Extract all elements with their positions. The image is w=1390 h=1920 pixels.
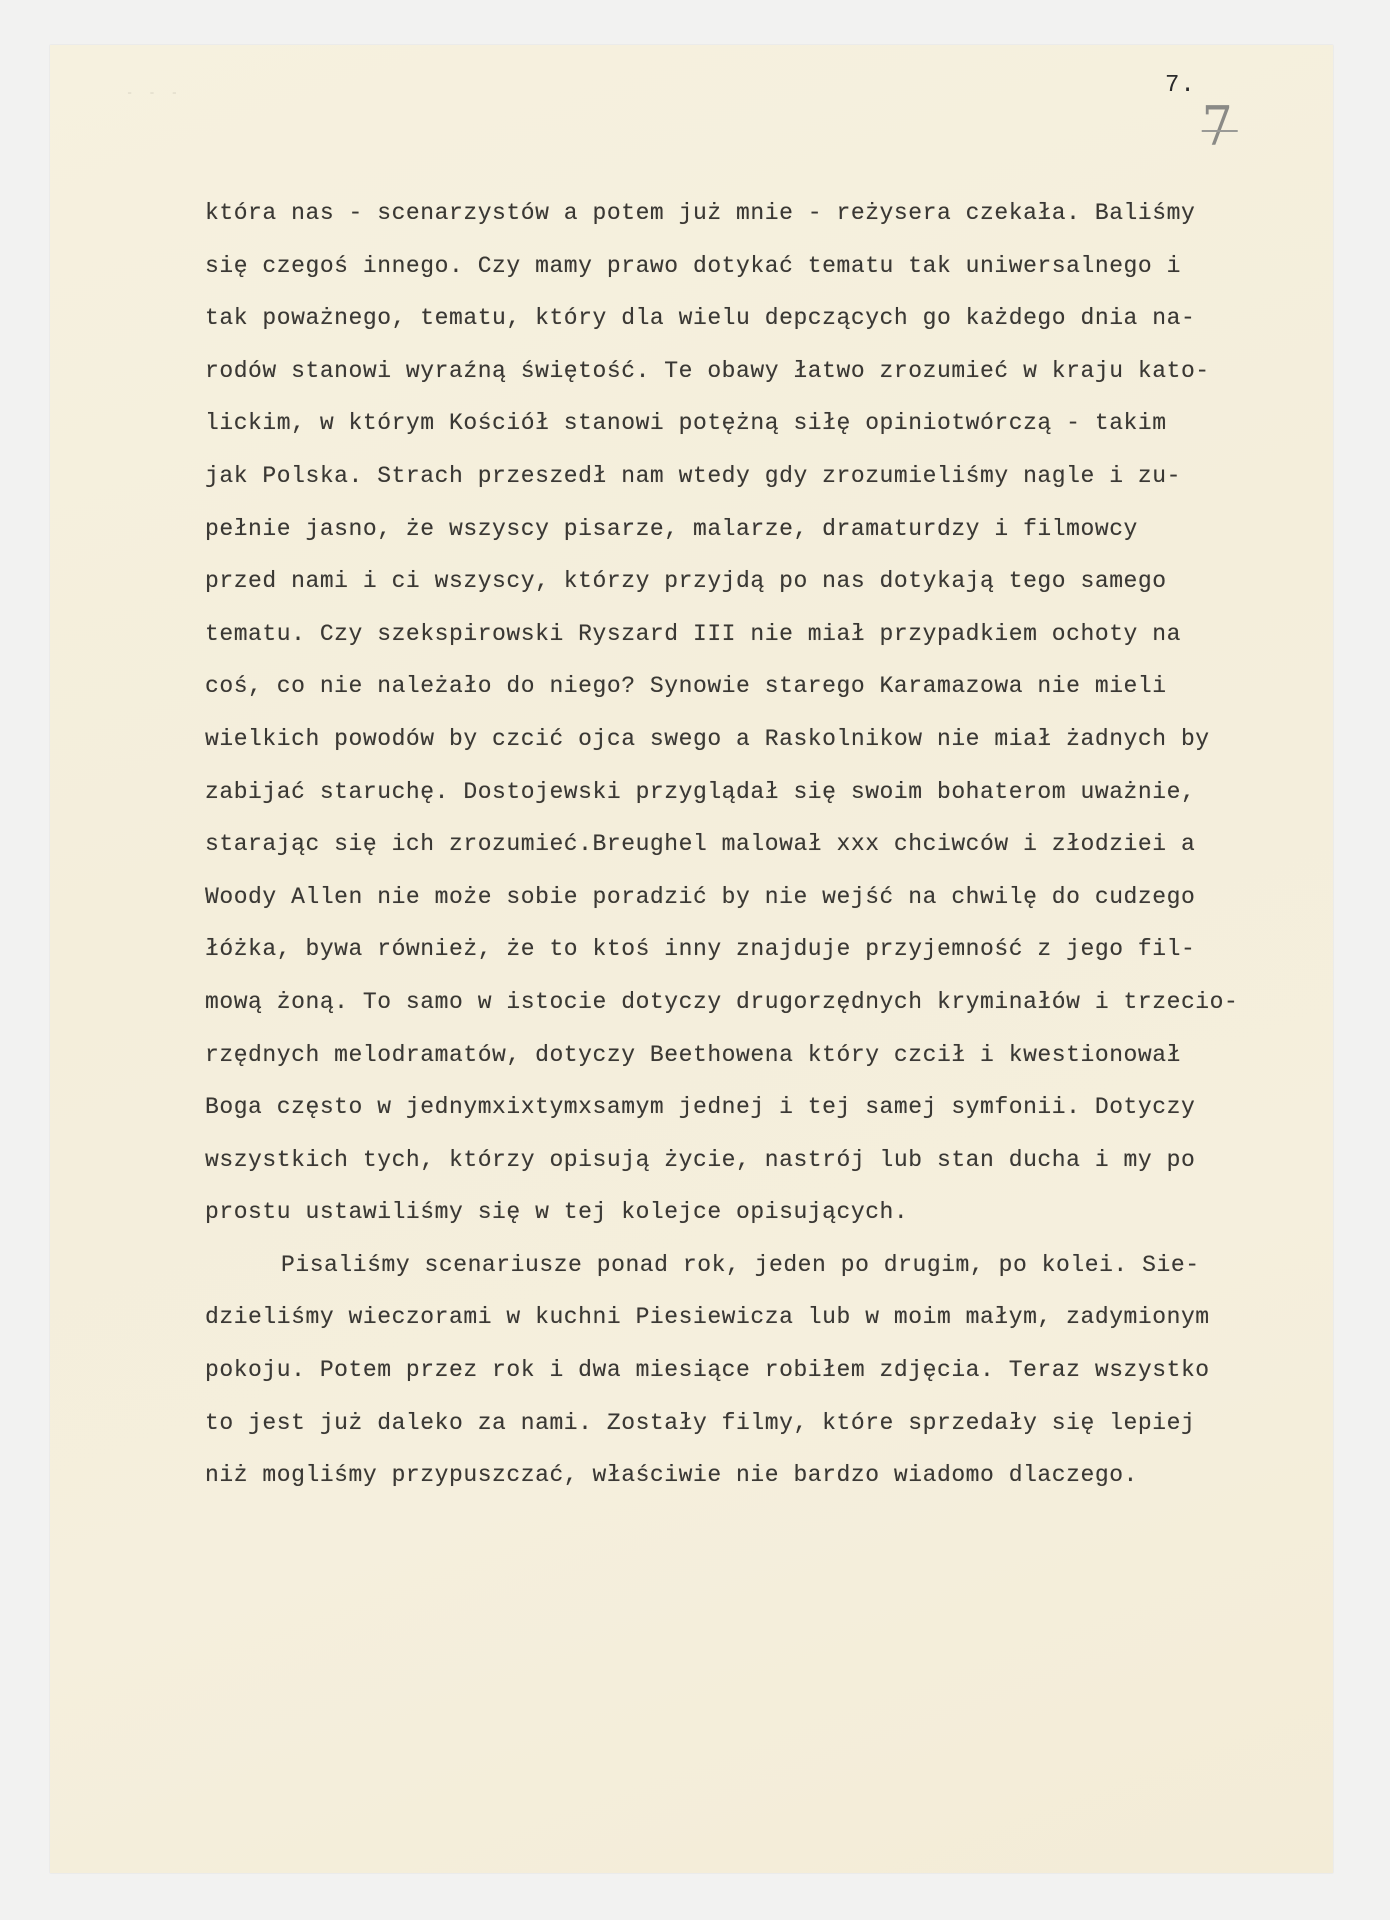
text-line: zabijać staruchę. Dostojewski przyglądał…: [205, 774, 1335, 827]
text-line: jak Polska. Strach przeszedł nam wtedy g…: [205, 458, 1335, 511]
text-line: dzieliśmy wieczorami w kuchni Piesiewicz…: [205, 1299, 1335, 1352]
text-line: tak poważnego, tematu, który dla wielu d…: [205, 300, 1335, 353]
text-line: wszystkich tych, którzy opisują życie, n…: [205, 1142, 1335, 1195]
text-line: przed nami i ci wszyscy, którzy przyjdą …: [205, 563, 1335, 616]
text-line: się czegoś innego. Czy mamy prawo dotyka…: [205, 248, 1335, 301]
corner-marks: - - -: [126, 86, 182, 100]
text-line: prostu ustawiliśmy się w tej kolejce opi…: [205, 1194, 1335, 1247]
document-body: która nas - scenarzystów a potem już mni…: [205, 195, 1335, 1510]
text-line: niż mogliśmy przypuszczać, właściwie nie…: [205, 1457, 1335, 1510]
text-line: Woody Allen nie może sobie poradzić by n…: [205, 879, 1335, 932]
handwritten-page-mark: 7: [1202, 100, 1233, 154]
text-line: pokoju. Potem przez rok i dwa miesiące r…: [205, 1352, 1335, 1405]
text-line: Boga często w jednymxixtymxsamym jednej …: [205, 1089, 1335, 1142]
text-line: tematu. Czy szekspirowski Ryszard III ni…: [205, 616, 1335, 669]
text-line: wielkich powodów by czcić ojca swego a R…: [205, 721, 1335, 774]
text-line: mową żoną. To samo w istocie dotyczy dru…: [205, 984, 1335, 1037]
text-line: starając się ich zrozumieć.Breughel malo…: [205, 826, 1335, 879]
text-line: rzędnych melodramatów, dotyczy Beethowen…: [205, 1037, 1335, 1090]
text-line: łóżka, bywa również, że to ktoś inny zna…: [205, 931, 1335, 984]
text-line: która nas - scenarzystów a potem już mni…: [205, 195, 1335, 248]
paragraph-start-line: Pisaliśmy scenariusze ponad rok, jeden p…: [205, 1247, 1335, 1300]
page-number: 7.: [1165, 72, 1196, 99]
text-line: to jest już daleko za nami. Zostały film…: [205, 1405, 1335, 1458]
text-line: pełnie jasno, że wszyscy pisarze, malarz…: [205, 511, 1335, 564]
text-line: lickim, w którym Kościół stanowi potężną…: [205, 405, 1335, 458]
text-line: rodów stanowi wyraźną świętość. Te obawy…: [205, 353, 1335, 406]
text-line: coś, co nie należało do niego? Synowie s…: [205, 668, 1335, 721]
